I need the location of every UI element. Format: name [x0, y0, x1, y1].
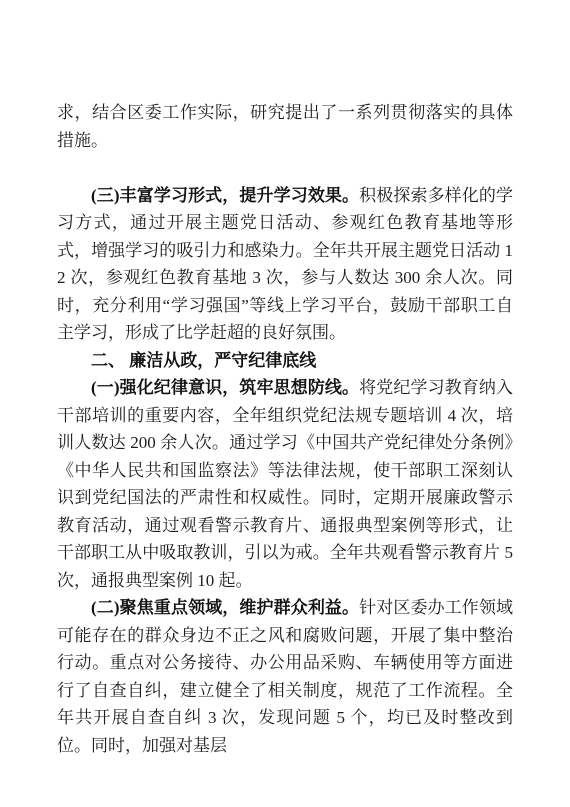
discipline-awareness-paragraph: (一)强化纪律意识，筑牢思想防线。将党纪学习教育纳入干部培训的重要内容，全年组织…	[57, 374, 513, 594]
key-areas-paragraph: (二)聚焦重点领域，维护群众利益。针对区委办工作领域可能存在的群众身边不正之风和…	[57, 594, 513, 759]
section-heading-discipline: 二、 廉洁从政，严守纪律底线	[57, 347, 513, 375]
document-page: 求，结合区委工作实际，研究提出了一系列贯彻落实的具体措施。 (三)丰富学习形式，…	[0, 0, 570, 807]
discipline-awareness-paragraph-text: 将党纪学习教育纳入干部培训的重要内容，全年组织党纪法规专题培训 4 次，培训人数…	[57, 378, 513, 590]
key-areas-paragraph-text: 针对区委办工作领域可能存在的群众身边不正之风和腐败问题，开展了集中整治行动。重点…	[57, 598, 513, 755]
discipline-awareness-paragraph-lead: (一)强化纪律意识，筑牢思想防线。	[91, 378, 359, 397]
study-forms-paragraph-lead: (三)丰富学习形式，提升学习效果。	[91, 186, 359, 205]
continuation-paragraph: 求，结合区委工作实际，研究提出了一系列贯彻落实的具体措施。	[57, 99, 513, 154]
key-areas-paragraph-lead: (二)聚焦重点领域，维护群众利益。	[91, 598, 359, 617]
study-forms-paragraph-text: 积极探索多样化的学习方式，通过开展主题党日活动、参观红色教育基地等形式，增强学习…	[57, 186, 513, 343]
study-forms-paragraph: (三)丰富学习形式，提升学习效果。积极探索多样化的学习方式，通过开展主题党日活动…	[57, 182, 513, 347]
